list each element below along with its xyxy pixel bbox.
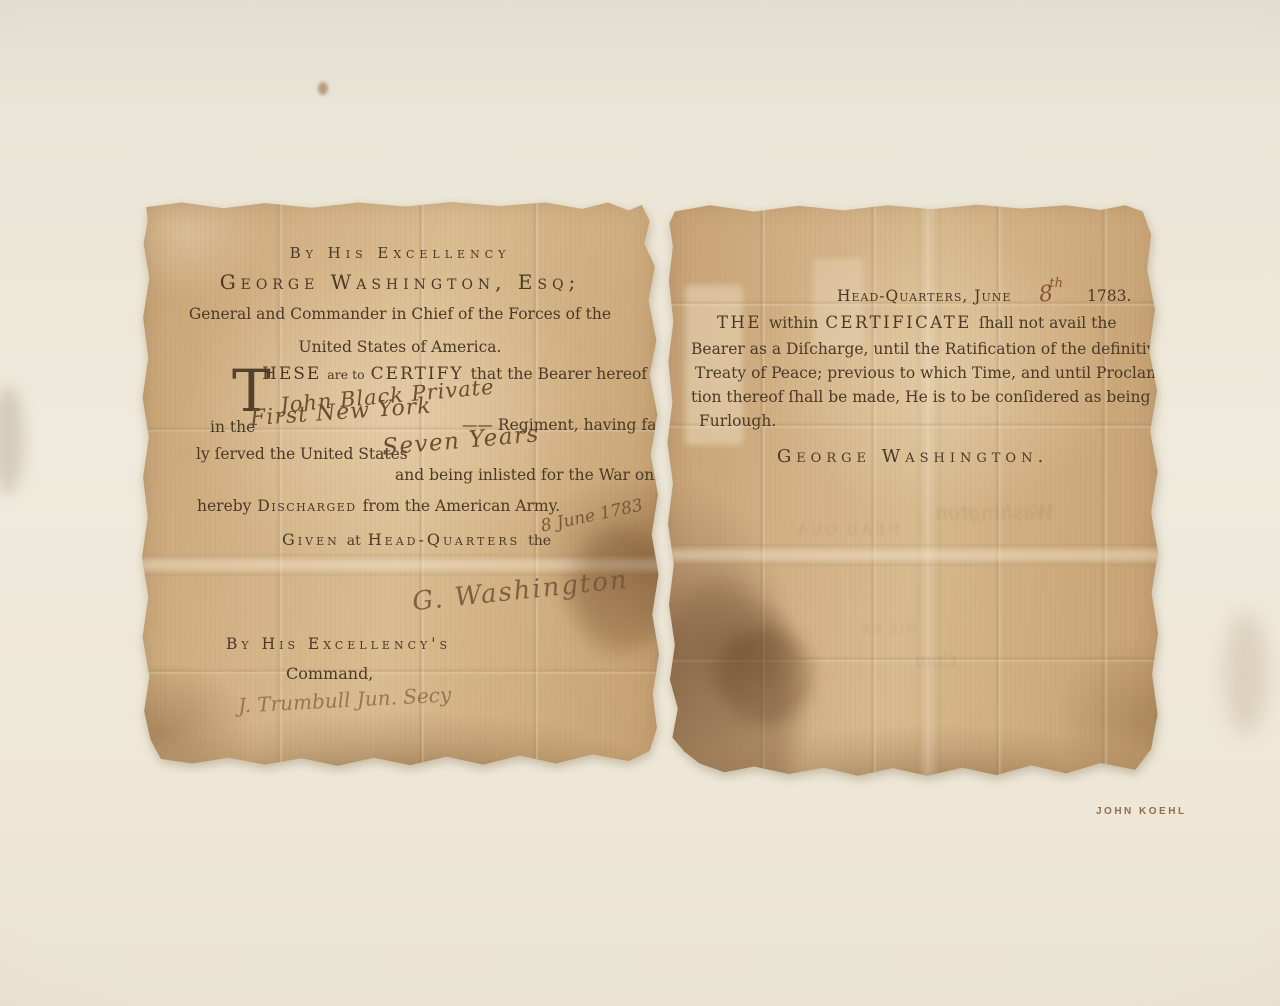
right-certificate-paper: Head-Quarters, June 8 th 1783. THE withi… xyxy=(665,200,1160,778)
inlisted-line: and being inlisted for the War only, is xyxy=(395,466,689,484)
artwork-mat: By His Excellency George Washington, Esq… xyxy=(0,0,1280,1006)
shall-not-avail: ſhall not avail the xyxy=(979,314,1117,332)
mat-stain xyxy=(0,386,24,494)
discharged-caps: Discharged xyxy=(257,497,356,515)
discharged-line: hereby Discharged from the American Army… xyxy=(197,497,560,515)
in-the-label: in the xyxy=(210,418,255,436)
handwritten-day-suffix: th xyxy=(1049,276,1063,291)
right-body-line2: Bearer as a Diſcharge, until the Ratific… xyxy=(691,340,1165,358)
right-body-line1: THE within CERTIFICATE ſhall not avail t… xyxy=(717,313,1117,332)
right-certificate: Head-Quarters, June 8 th 1783. THE withi… xyxy=(665,200,1160,778)
within: within xyxy=(769,314,818,332)
ghost-text: Com xyxy=(915,650,957,671)
given-at: at xyxy=(347,533,361,549)
right-body-line3: Treaty of Peace; previous to which Time,… xyxy=(695,364,1175,382)
given-headquarters: Head-Quarters xyxy=(368,530,520,549)
paper-stain xyxy=(717,628,812,723)
left-certificate: By His Excellency George Washington, Esq… xyxy=(140,198,660,768)
discharged-pre: hereby xyxy=(197,497,251,515)
right-washington-signature: George Washington. xyxy=(665,446,1160,467)
discharged-post: from the American Army. xyxy=(363,497,561,515)
given-caps: Given xyxy=(282,530,340,549)
dateline-headquarters: Head-Quarters, June xyxy=(837,287,1011,305)
excellencys-line: By His Excellency's xyxy=(226,635,451,653)
served-line: ly ſerved the United States xyxy=(196,445,408,463)
mat-stain xyxy=(1224,612,1268,734)
certify-are-to: are to xyxy=(327,367,364,382)
fold-light-band xyxy=(665,544,1160,566)
command-line: Command, xyxy=(286,664,373,683)
given-line: Given at Head-Quarters the xyxy=(282,530,551,549)
right-dateline: Head-Quarters, June 8 th 1783. xyxy=(837,282,1131,307)
left-heading-united-states: United States of America. xyxy=(140,338,660,356)
right-body-line5: Furlough. xyxy=(699,412,776,430)
mat-stain xyxy=(318,82,328,95)
certify-these: HESE xyxy=(262,364,321,384)
ghost-text: HIS EX xyxy=(860,622,917,636)
fold-crease xyxy=(140,668,660,675)
ghost-text: HEAD QUA xyxy=(795,522,900,538)
certificate-caps: CERTIFICATE xyxy=(825,313,971,332)
left-heading-excellency: By His Excellency xyxy=(140,244,660,262)
artist-credit: JOHN KOEHL xyxy=(1096,806,1187,817)
left-heading-washington: George Washington, Esq; xyxy=(140,270,660,294)
dateline-year: 1783. xyxy=(1087,287,1131,305)
left-heading-commander: General and Commander in Chief of the Fo… xyxy=(140,305,660,323)
right-body-line4: tion thereof ſhall be made, He is to be … xyxy=(691,388,1175,406)
left-certificate-paper: By His Excellency George Washington, Esq… xyxy=(140,198,660,768)
ghost-text: Washington xyxy=(935,500,1054,524)
certify-bearer: that the Bearer hereof xyxy=(471,365,647,383)
the-caps: THE xyxy=(717,313,762,332)
